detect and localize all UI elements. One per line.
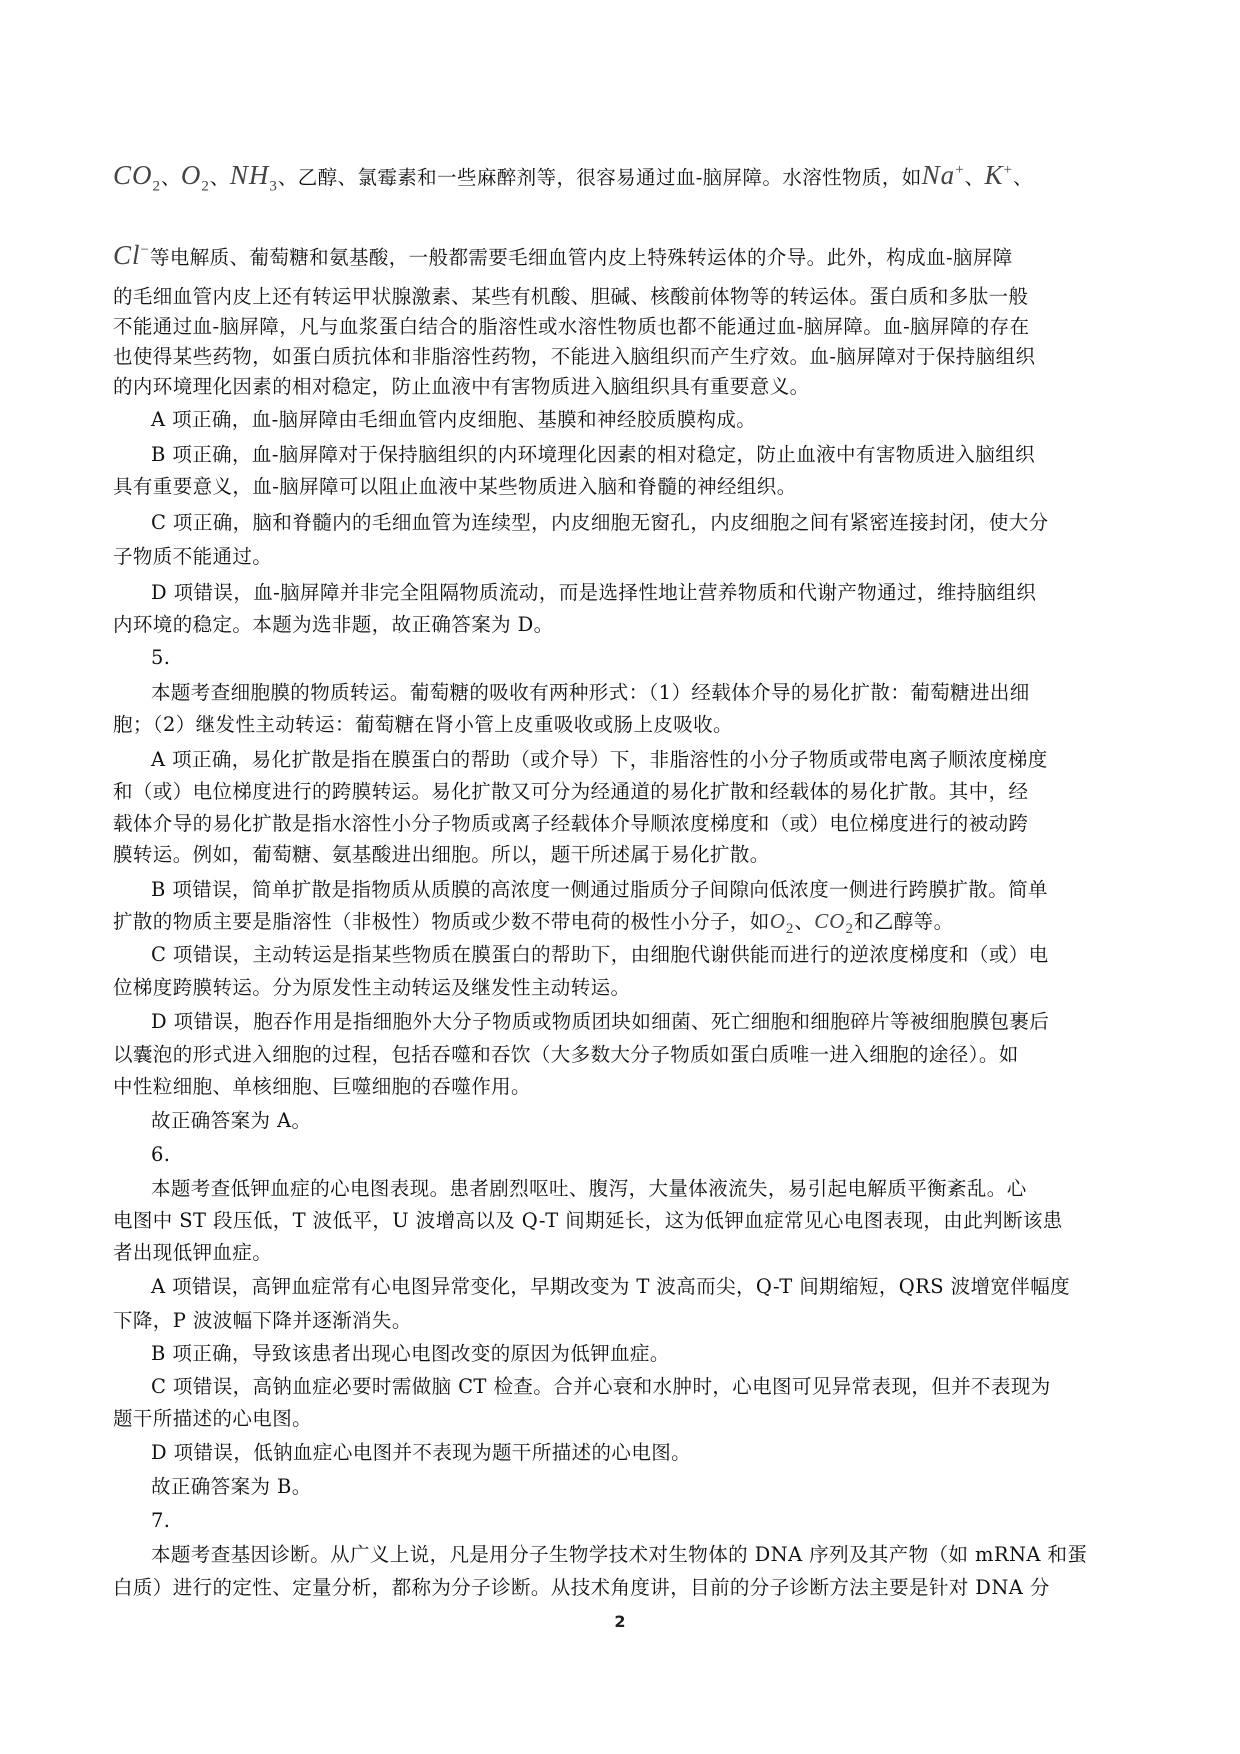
text-line: 本题考查基因诊断。从广义上说，凡是用分子生物学技术对生物体的 DNA 序列及其产…	[151, 1540, 1133, 1570]
text-line: 不能通过血-脑屏障，凡与血浆蛋白结合的脂溶性或水溶性物质也都不能通过血-脑屏障。…	[113, 312, 1133, 342]
text-line: 膜转运。例如，葡萄糖、氨基酸进出细胞。所以，题干所述属于易化扩散。	[113, 840, 1133, 870]
text-line: B 项正确，导致该患者出现心电图改变的原因为低钾血症。	[151, 1339, 1133, 1369]
text-line: 也使得某些药物，如蛋白质抗体和非脂溶性药物，不能进入脑组织而产生疗效。血-脑屏障…	[113, 342, 1133, 372]
text-line: D 项错误，胞吞作用是指细胞外大分子物质或物质团块如细菌、死亡细胞和细胞碎片等被…	[151, 1007, 1133, 1037]
text-line: 本题考查低钾血症的心电图表现。患者剧烈呕吐、腹泻，大量体液流失，易引起电解质平衡…	[151, 1174, 1133, 1204]
formula-o2: O2	[770, 909, 795, 933]
text-line: 者出现低钾血症。	[113, 1238, 1133, 1268]
formula-na: Na+	[922, 160, 965, 190]
text-line: C 项正确，脑和脊髓内的毛细血管为连续型，内皮细胞无窗孔，内皮细胞之间有紧密连接…	[151, 508, 1133, 538]
text-line: 白质）进行的定性、定量分析，都称为分子诊断。从技术角度讲，目前的分子诊断方法主要…	[113, 1573, 1133, 1603]
page-number: 2	[0, 1612, 1240, 1631]
formula-o2: O2	[181, 160, 210, 190]
text-line: D 项错误，血-脑屏障并非完全阻隔物质流动，而是选择性地让营养物质和代谢产物通过…	[151, 578, 1133, 608]
text-line: 和（或）电位梯度进行的跨膜转运。易化扩散又可分为经通道的易化扩散和经载体的易化扩…	[113, 777, 1133, 807]
text-line: A 项正确，血-脑屏障由毛细血管内皮细胞、基膜和神经胶质膜构成。	[151, 405, 1133, 435]
text-line: 电图中 ST 段压低，T 波低平，U 波增高以及 Q-T 间期延长，这为低钾血症…	[113, 1206, 1133, 1236]
text-line: 题干所描述的心电图。	[113, 1404, 1133, 1434]
answer-line: 故正确答案为 B。	[151, 1472, 1133, 1502]
text-line: A 项正确，易化扩散是指在膜蛋白的帮助（或介导）下，非脂溶性的小分子物质或带电离…	[151, 745, 1133, 775]
text-line: 位梯度跨膜转运。分为原发性主动转运及继发性主动转运。	[113, 973, 1133, 1003]
formula-cl: Cl−	[113, 240, 150, 270]
question-number: 5.	[151, 643, 1133, 673]
text-line: C 项错误，主动转运是指某些物质在膜蛋白的帮助下，由细胞代谢供能而进行的逆浓度梯…	[151, 940, 1133, 970]
text-line: 胞；（2）继发性主动转运：葡萄糖在肾小管上皮重吸收或肠上皮吸收。	[113, 710, 1133, 740]
text-line: B 项正确，血-脑屏障对于保持脑组织的内环境理化因素的相对稳定，防止血液中有害物…	[151, 440, 1133, 470]
text-line: D 项错误，低钠血症心电图并不表现为题干所描述的心电图。	[151, 1438, 1133, 1468]
text-line: A 项错误，高钾血症常有心电图异常变化，早期改变为 T 波高而尖，Q-T 间期缩…	[151, 1272, 1133, 1302]
formula-co2: CO2	[814, 909, 854, 933]
question-number: 7.	[151, 1506, 1133, 1536]
formula-nh3: NH3	[230, 160, 278, 190]
document-page: CO2、O2、NH3、乙醇、氯霉素和一些麻醉剂等，很容易通过血-脑屏障。水溶性物…	[0, 0, 1240, 1754]
text-line: B 项错误，简单扩散是指物质从质膜的高浓度一侧通过脂质分子间隙向低浓度一侧进行跨…	[151, 875, 1133, 905]
text-line: 以囊泡的形式进入细胞的过程，包括吞噬和吞饮（大多数大分子物质如蛋白质唯一进入细胞…	[113, 1040, 1133, 1070]
text-line: 本题考查细胞膜的物质转运。葡萄糖的吸收有两种形式：（1）经载体介导的易化扩散：葡…	[151, 678, 1133, 708]
text-line: 载体介导的易化扩散是指水溶性小分子物质或离子经载体介导顺浓度梯度和（或）电位梯度…	[113, 809, 1133, 839]
text-line: 中性粒细胞、单核细胞、巨噬细胞的吞噬作用。	[113, 1072, 1133, 1102]
text-line: CO2、O2、NH3、乙醇、氯霉素和一些麻醉剂等，很容易通过血-脑屏障。水溶性物…	[113, 150, 1133, 206]
formula-k: K+	[985, 160, 1013, 190]
formula-co2: CO2	[113, 160, 161, 190]
question-number: 6.	[151, 1140, 1133, 1170]
text-line: 的内环境理化因素的相对稳定，防止血液中有害物质进入脑组织具有重要意义。	[113, 372, 1133, 402]
text-line: 子物质不能通过。	[113, 542, 1133, 572]
text-line: 内环境的稳定。本题为选非题，故正确答案为 D。	[113, 610, 1133, 640]
answer-line: 故正确答案为 A。	[151, 1106, 1133, 1136]
text-line: C 项错误，高钠血症必要时需做脑 CT 检查。合并心衰和水肿时，心电图可见异常表…	[151, 1372, 1133, 1402]
text-line: 具有重要意义，血-脑屏障可以阻止血液中某些物质进入脑和脊髓的神经组织。	[113, 472, 1133, 502]
text-line: Cl−等电解质、葡萄糖和氨基酸，一般都需要毛细血管内皮上特殊转运体的介导。此外，…	[113, 230, 1133, 278]
text-line: 的毛细血管内皮上还有转运甲状腺激素、某些有机酸、胆碱、核酸前体物等的转运体。蛋白…	[113, 282, 1133, 312]
text-line: 下降，P 波波幅下降并逐渐消失。	[113, 1306, 1133, 1336]
text-line: 扩散的物质主要是脂溶性（非极性）物质或少数不带电荷的极性小分子，如O2、CO2和…	[113, 906, 1133, 944]
